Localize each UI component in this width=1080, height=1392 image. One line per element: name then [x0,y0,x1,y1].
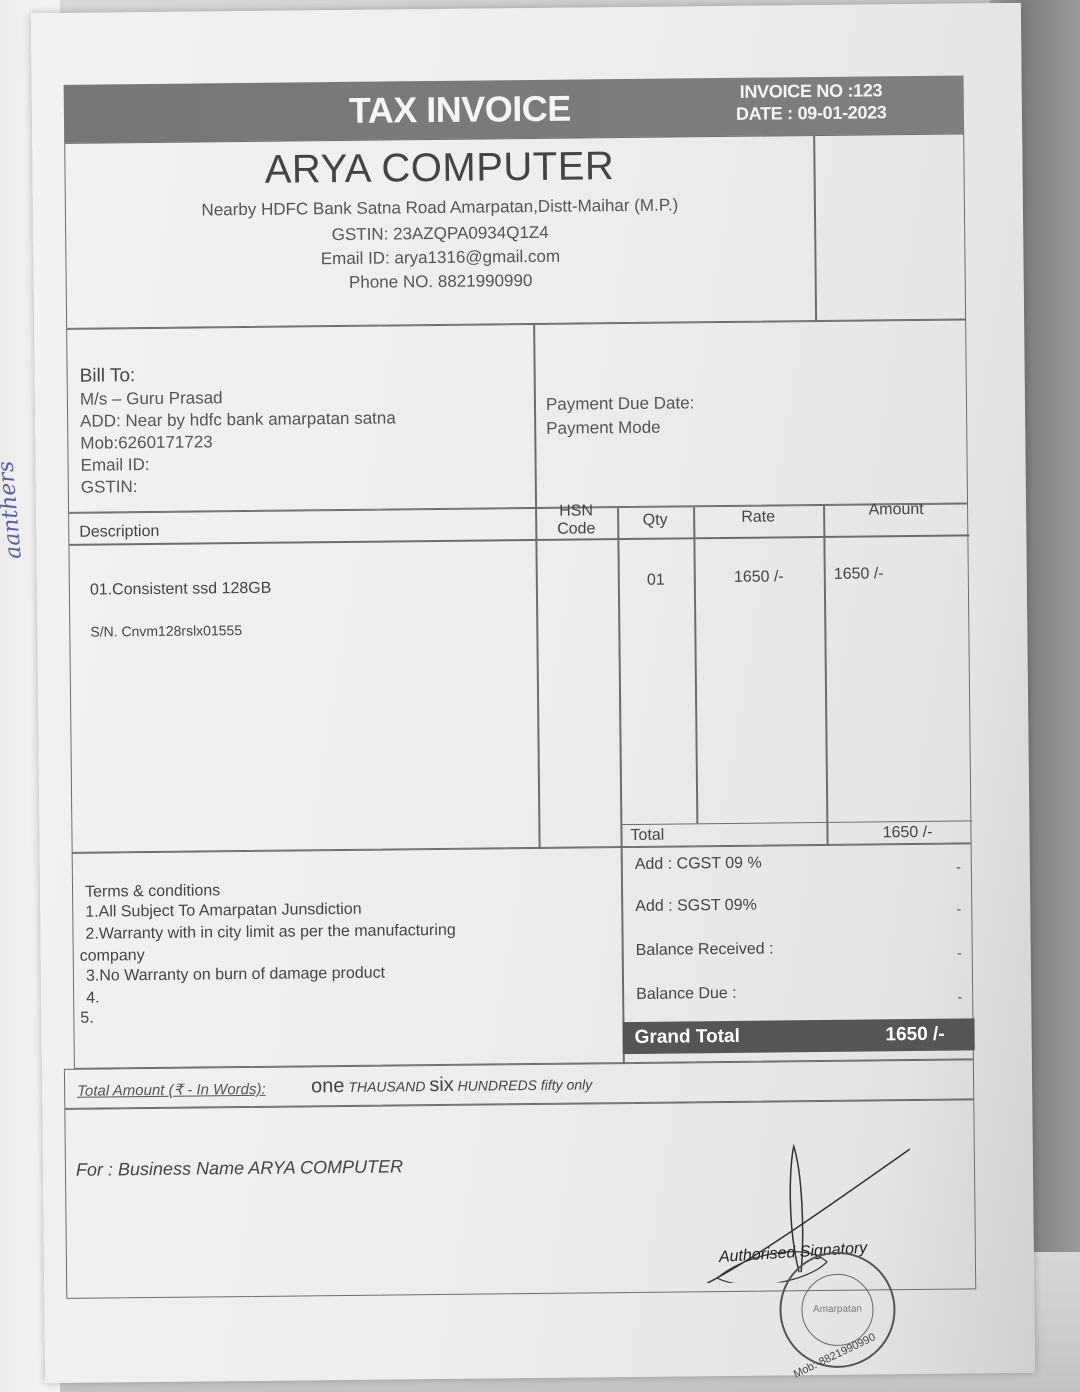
company-stamp-icon: Amarpatan Mob:-8821990990 [779,1251,896,1368]
company-section: ARYA COMPUTER Nearby HDFC Bank Satna Roa… [64,133,966,328]
company-gstin: GSTIN: 23AZQPA0934Q1Z4 [66,220,814,248]
balance-due-value: - [957,989,962,1005]
col-header-description: Description [79,523,159,542]
term-item: 4. [86,990,100,1008]
payment-mode: Payment Mode [546,418,661,439]
col-header-qty: Qty [617,511,693,530]
col-header-rate: Rate [693,508,823,527]
word: THAUSAND [344,1078,429,1095]
items-table: Description HSN Code Qty Rate Amount 01.… [68,503,972,852]
company-phone: Phone NO. 8821990990 [67,268,815,296]
cgst-label: Add : CGST 09 % [635,855,762,874]
invoice-number: INVOICE NO :123 [740,80,883,102]
sgst-label: Add : SGST 09% [635,897,757,916]
term-item: 1.All Subject To Amarpatan Junsdiction [85,901,361,922]
term-item: 3.No Warranty on burn of damage product [86,965,385,986]
divider [533,325,536,509]
item-qty: 01 [618,571,694,590]
terms-summary-section: Terms & conditions 1.All Subject To Amar… [72,843,974,1068]
term-item: 2.Warranty with in city limit as per the… [85,922,455,944]
balance-received-value: - [957,945,962,961]
hsn-label-line1: HSN [535,502,617,521]
bill-to-heading: Bill To: [80,365,136,388]
item-amount: 1650 /- [834,565,884,584]
cgst-value: - [956,859,961,875]
balance-received-label: Balance Received : [636,940,774,959]
payment-due-date: Payment Due Date: [546,393,695,415]
customer-gstin: GSTIN: [81,477,138,498]
company-address: Nearby HDFC Bank Satna Road Amarpatan,Di… [66,194,814,222]
item-description: 01.Consistent ssd 128GB [90,580,272,600]
terms-heading: Terms & conditions [85,882,220,901]
header-divider [69,534,969,545]
col-header-amount: Amount [823,500,969,520]
title-bar: TAX INVOICE INVOICE NO :123 DATE : 09-01… [64,75,965,142]
column-divider [823,506,828,846]
grand-total-value: 1650 /- [885,1024,944,1047]
item-rate: 1650 /- [694,568,824,587]
term-item: 5. [80,1010,94,1028]
customer-name: M/s – Guru Prasad [80,388,223,409]
invoice-date: DATE : 09-01-2023 [736,102,887,125]
col-header-hsn: HSN Code [535,502,617,539]
item-serial: S/N. Cnvm128rslx01555 [90,622,242,640]
word: six [429,1074,454,1096]
term-item: company [80,947,145,966]
amount-words-value: one THAUSAND six HUNDREDS fifty only [311,1072,592,1098]
word: HUNDREDS fifty only [454,1076,593,1093]
balance-due-label: Balance Due : [636,985,737,1004]
column-divider [617,508,622,848]
invoice-paper: TAX INVOICE INVOICE NO :123 DATE : 09-01… [31,3,1035,1383]
company-name: ARYA COMPUTER [65,142,813,195]
column-divider [693,507,698,823]
word: one [311,1075,345,1097]
grand-total-label: Grand Total [635,1026,740,1049]
bill-to-section: Bill To: M/s – Guru Prasad ADD: Near by … [66,319,968,512]
total-value: 1650 /- [883,824,933,843]
invoice-sheet: TAX INVOICE INVOICE NO :123 DATE : 09-01… [63,63,975,1222]
sgst-value: - [957,901,962,917]
customer-address: ADD: Near by hdfc bank amarpatan satna [80,408,396,431]
signature-section: For : Business Name ARYA COMPUTER Author… [64,1099,976,1299]
grand-total-bar: Grand Total 1650 /- [622,1018,974,1054]
customer-email: Email ID: [80,455,149,476]
total-label: Total [630,827,664,845]
company-email: Email ID: arya1316@gmail.com [66,244,814,272]
hsn-label-line2: Code [535,520,617,539]
amount-words-label: Total Amount (₹ - In Words): [77,1080,266,1100]
business-name-line: For : Business Name ARYA COMPUTER [76,1156,403,1180]
customer-mobile: Mob:6260171723 [80,432,213,453]
handwritten-note: aanthers [0,460,27,560]
column-divider [535,509,540,849]
invoice-title: TAX INVOICE [349,88,571,132]
